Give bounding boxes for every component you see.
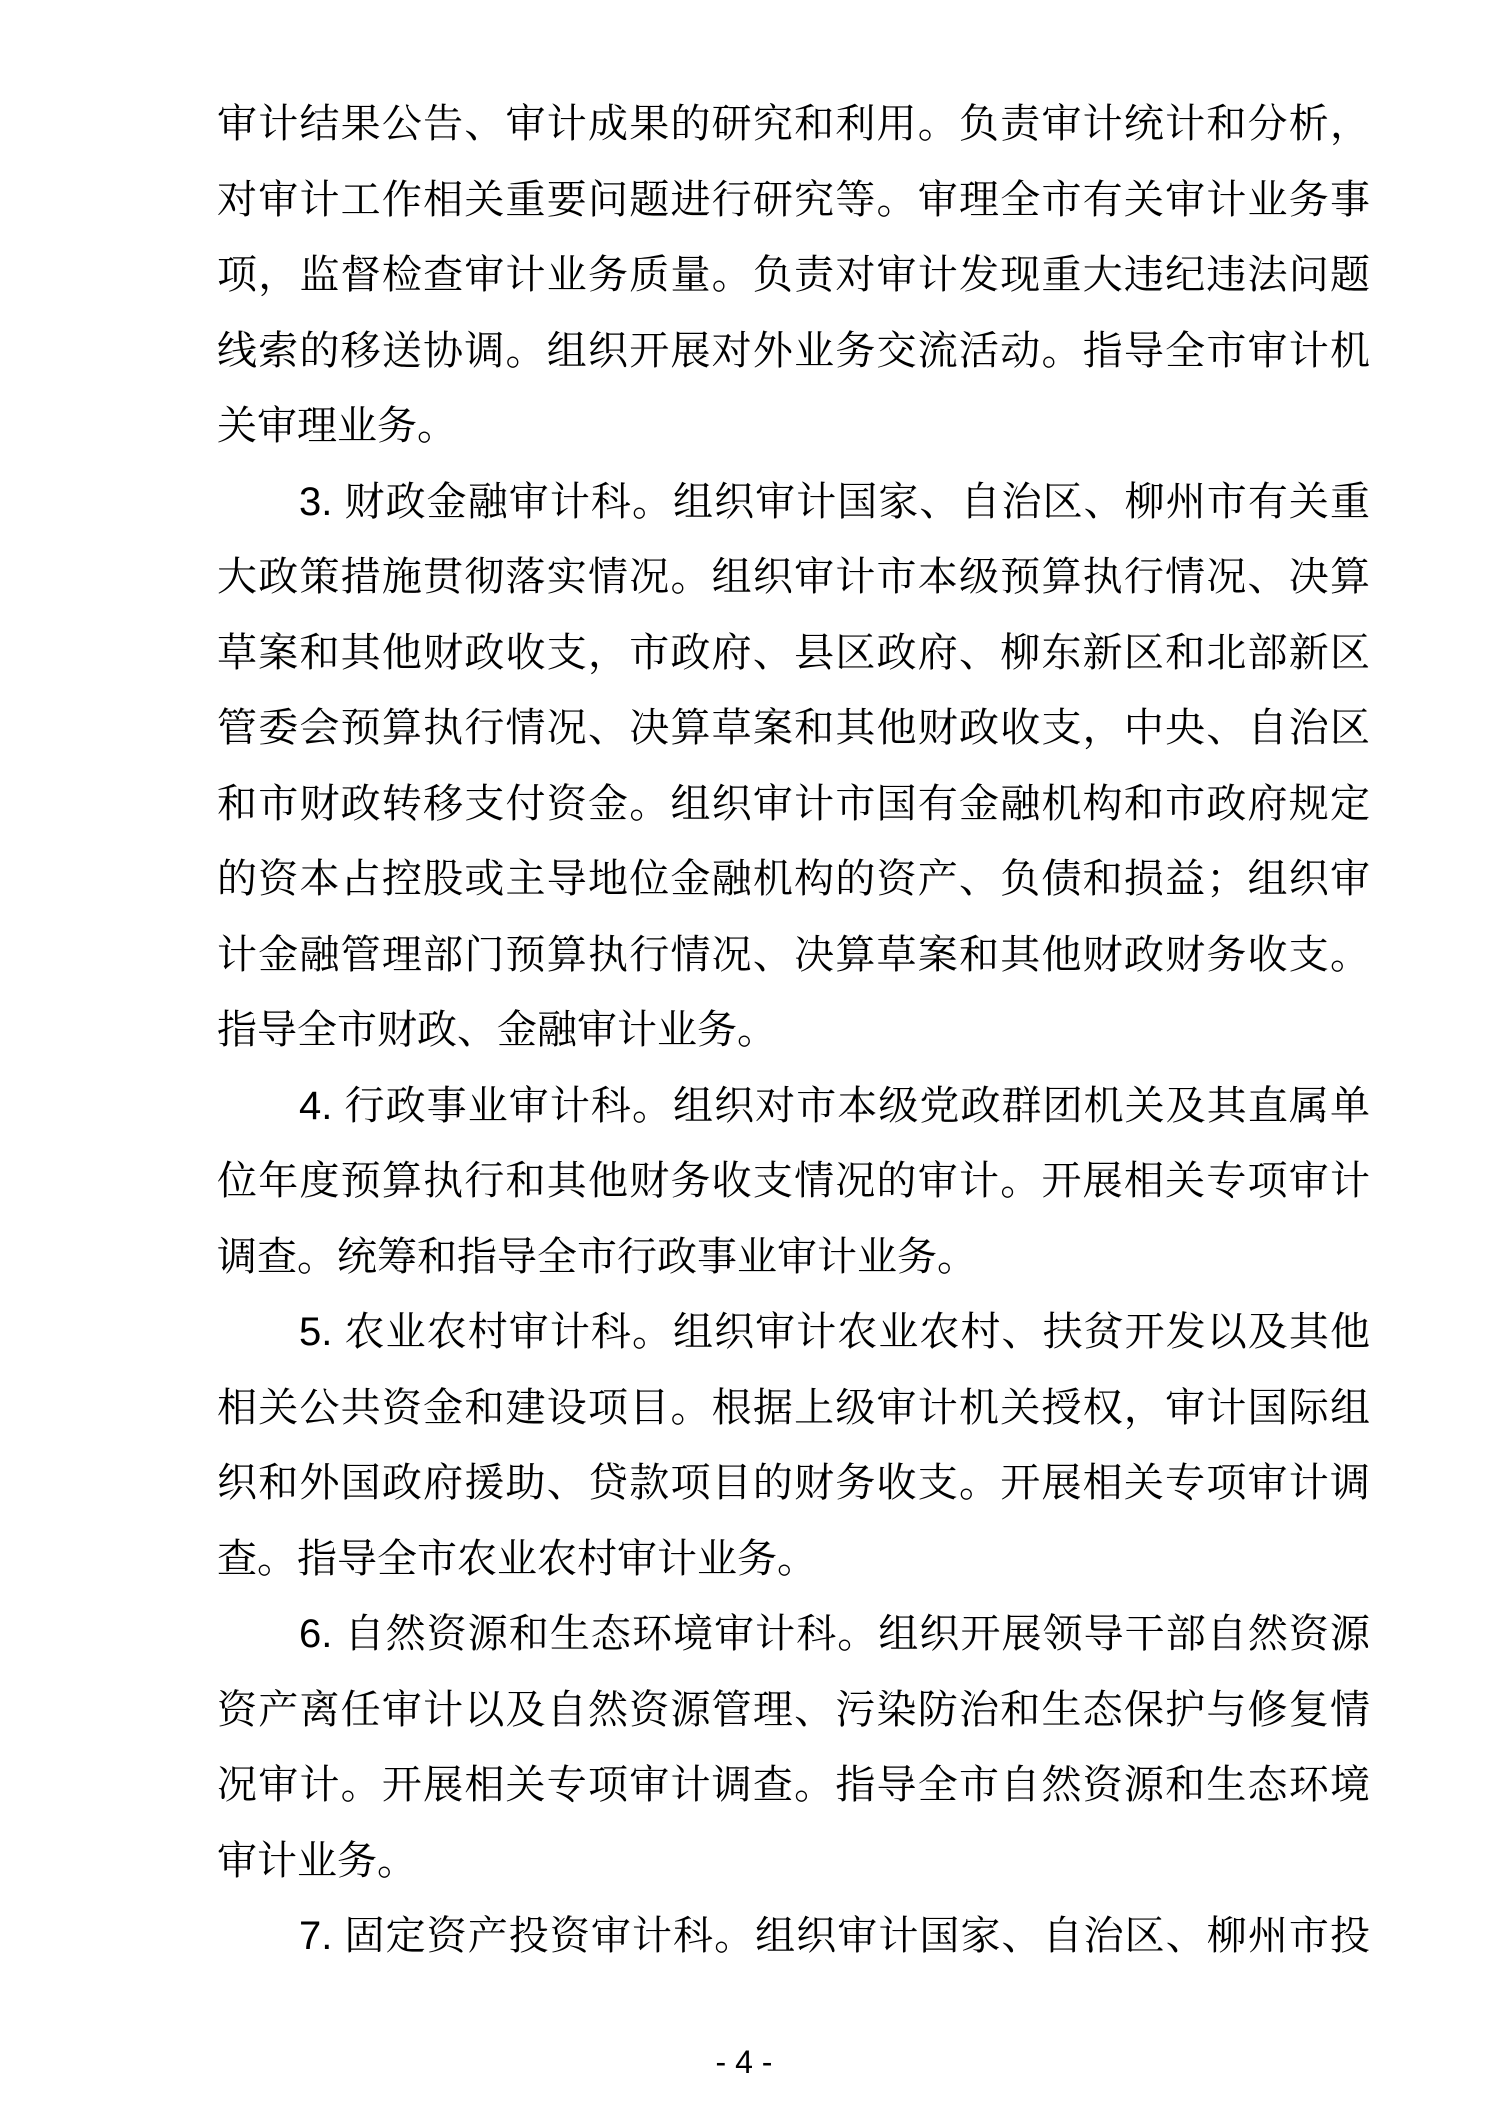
doc-line: 位年度预算执行和其他财务收支情况的审计。开展相关专项审计	[217, 1144, 1370, 1220]
document-page: 审计结果公告、审计成果的研究和利用。负责审计统计和分析， 对审计工作相关重要问题…	[0, 0, 1488, 2104]
doc-line: 草案和其他财政收支，市政府、县区政府、柳东新区和北部新区	[217, 616, 1370, 692]
doc-line: 的资本占控股或主导地位金融机构的资产、负债和损益；组织审	[217, 842, 1370, 918]
page-number: - 4 -	[0, 2046, 1488, 2078]
doc-line-section-3: 3. 财政金融审计科。组织审计国家、自治区、柳州市有关重	[217, 465, 1370, 541]
doc-line: 线索的移送协调。组织开展对外业务交流活动。指导全市审计机	[217, 314, 1370, 390]
doc-line: 管委会预算执行情况、决算草案和其他财政收支，中央、自治区	[217, 691, 1370, 767]
doc-line: 大政策措施贯彻落实情况。组织审计市本级预算执行情况、决算	[217, 540, 1370, 616]
doc-line: 计金融管理部门预算执行情况、决算草案和其他财政财务收支。	[217, 918, 1370, 994]
doc-line-section-5: 5. 农业农村审计科。组织审计农业农村、扶贫开发以及其他	[217, 1295, 1370, 1371]
doc-line: 况审计。开展相关专项审计调查。指导全市自然资源和生态环境	[217, 1748, 1370, 1824]
doc-line-section-4: 4. 行政事业审计科。组织对市本级党政群团机关及其直属单	[217, 1069, 1370, 1145]
doc-line: 相关公共资金和建设项目。根据上级审计机关授权，审计国际组	[217, 1371, 1370, 1447]
doc-line: 和市财政转移支付资金。组织审计市国有金融机构和市政府规定	[217, 767, 1370, 843]
doc-line: 资产离任审计以及自然资源管理、污染防治和生态保护与修复情	[217, 1673, 1370, 1749]
doc-line: 项，监督检查审计业务质量。负责对审计发现重大违纪违法问题	[217, 238, 1370, 314]
doc-line: 查。指导全市农业农村审计业务。	[217, 1522, 1370, 1598]
doc-line: 对审计工作相关重要问题进行研究等。审理全市有关审计业务事	[217, 163, 1370, 239]
doc-line-section-7: 7. 固定资产投资审计科。组织审计国家、自治区、柳州市投	[217, 1899, 1370, 1975]
doc-line: 织和外国政府援助、贷款项目的财务收支。开展相关专项审计调	[217, 1446, 1370, 1522]
doc-line: 审计结果公告、审计成果的研究和利用。负责审计统计和分析，	[217, 87, 1370, 163]
doc-line: 审计业务。	[217, 1824, 1370, 1900]
doc-line-section-6: 6. 自然资源和生态环境审计科。组织开展领导干部自然资源	[217, 1597, 1370, 1673]
doc-line: 指导全市财政、金融审计业务。	[217, 993, 1370, 1069]
document-body: 审计结果公告、审计成果的研究和利用。负责审计统计和分析， 对审计工作相关重要问题…	[217, 87, 1370, 1975]
doc-line: 关审理业务。	[217, 389, 1370, 465]
doc-line: 调查。统筹和指导全市行政事业审计业务。	[217, 1220, 1370, 1296]
